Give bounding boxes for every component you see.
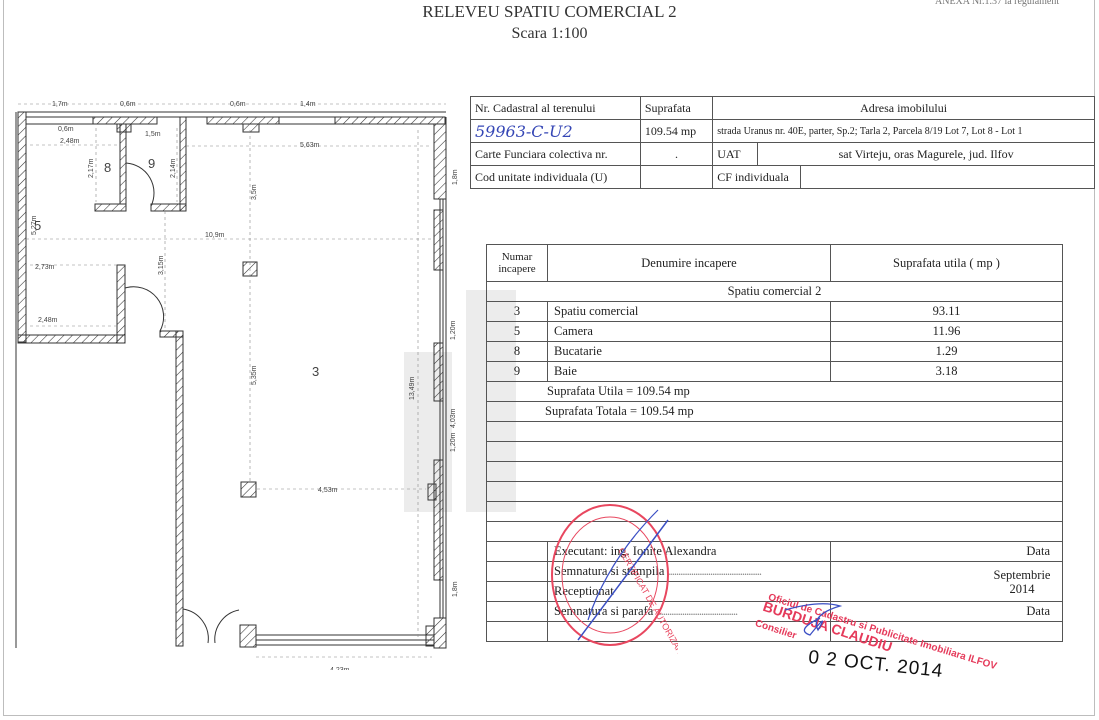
ocpi-signature bbox=[780, 600, 870, 640]
cadastral-number: 59963-C-U2 bbox=[471, 120, 641, 143]
svg-text:3: 3 bbox=[312, 364, 319, 379]
document-title: RELEVEU SPATIU COMERCIAL 2 bbox=[0, 2, 1099, 22]
svg-text:4,03m: 4,03m bbox=[450, 408, 457, 428]
svg-text:8: 8 bbox=[104, 160, 111, 175]
svg-text:5: 5 bbox=[34, 218, 41, 233]
section-title: Spatiu comercial 2 bbox=[487, 282, 1063, 302]
svg-text:1,8m: 1,8m bbox=[452, 169, 459, 185]
blank-row bbox=[487, 442, 1063, 462]
svg-text:1,5m: 1,5m bbox=[145, 131, 161, 138]
blank-row bbox=[487, 482, 1063, 502]
svg-text:4,23m: 4,23m bbox=[330, 667, 350, 670]
uat-label: UAT bbox=[713, 143, 758, 166]
date-label-1: Data bbox=[831, 542, 1063, 562]
floor-plan: 1,7m 0,6m 0,6m 1,4m 0,6m 2,48m 1,5m 5,63… bbox=[0, 90, 470, 670]
svg-text:1,8m: 1,8m bbox=[452, 581, 459, 597]
table-row: 9 Baie 3.18 bbox=[487, 362, 1063, 382]
cadastral-info-table: Nr. Cadastral al terenului Suprafata Adr… bbox=[470, 96, 1095, 189]
table-row: 5 Camera 11.96 bbox=[487, 322, 1063, 342]
svg-text:5,35m: 5,35m bbox=[251, 365, 258, 385]
col-header-area: Suprafata utila ( mp ) bbox=[831, 245, 1063, 282]
svg-text:5,63m: 5,63m bbox=[300, 142, 320, 149]
scale-label: Scara 1:100 bbox=[0, 25, 1099, 43]
certificate-stamp: CERTIFICAT DE AUTORIZARE Nr. 0186 bbox=[548, 500, 678, 660]
uat-value: sat Virteju, oras Magurele, jud. Ilfov bbox=[758, 143, 1095, 166]
svg-text:0,6m: 0,6m bbox=[230, 101, 246, 108]
unit-code-label: Cod unitate individuala (U) bbox=[471, 166, 641, 189]
svg-text:2,48m: 2,48m bbox=[60, 138, 80, 145]
svg-text:2,48m: 2,48m bbox=[38, 317, 58, 324]
surface-label: Suprafata bbox=[640, 97, 712, 120]
col-header-name: Denumire incapere bbox=[548, 245, 831, 282]
address-label: Adresa imobilului bbox=[713, 97, 1095, 120]
svg-text:2,73m: 2,73m bbox=[35, 264, 55, 271]
svg-text:13,49m: 13,49m bbox=[409, 376, 416, 400]
svg-text:3,15m: 3,15m bbox=[158, 255, 165, 275]
svg-text:10,9m: 10,9m bbox=[205, 232, 225, 239]
cf-collective-label: Carte Funciara colectiva nr. bbox=[471, 143, 641, 166]
blank-row bbox=[487, 422, 1063, 442]
svg-text:9: 9 bbox=[148, 156, 155, 171]
svg-text:1,7m: 1,7m bbox=[52, 101, 68, 108]
cadastral-label: Nr. Cadastral al terenului bbox=[471, 97, 641, 120]
grand-total: Suprafata Totala = 109.54 mp bbox=[487, 402, 1063, 422]
svg-text:1,4m: 1,4m bbox=[300, 101, 316, 108]
svg-text:4,53m: 4,53m bbox=[318, 487, 338, 494]
address-value: strada Uranus nr. 40E, parter, Sp.2; Tar… bbox=[713, 120, 1095, 143]
svg-text:1,20m: 1,20m bbox=[450, 432, 457, 452]
blank-row bbox=[487, 462, 1063, 482]
table-row: 8 Bucatarie 1.29 bbox=[487, 342, 1063, 362]
svg-text:3,5m: 3,5m bbox=[251, 184, 258, 200]
useful-total: Suprafata Utila = 109.54 mp bbox=[487, 382, 1063, 402]
svg-text:0,6m: 0,6m bbox=[120, 101, 136, 108]
date-value: Septembrie 2014 bbox=[831, 562, 1063, 602]
cf-individual-value bbox=[801, 166, 1095, 189]
svg-text:2,14m: 2,14m bbox=[170, 158, 177, 178]
col-header-number: Numar incapere bbox=[487, 245, 548, 282]
surface-value: 109.54 mp bbox=[640, 120, 712, 143]
svg-text:1,20m: 1,20m bbox=[450, 320, 457, 340]
table-row: 3 Spatiu comercial 93.11 bbox=[487, 302, 1063, 322]
cf-collective-value: . bbox=[640, 143, 712, 166]
svg-text:0,6m: 0,6m bbox=[58, 126, 74, 133]
svg-text:2,17m: 2,17m bbox=[88, 158, 95, 178]
unit-code-value bbox=[640, 166, 712, 189]
cf-individual-label: CF individuala bbox=[713, 166, 801, 189]
